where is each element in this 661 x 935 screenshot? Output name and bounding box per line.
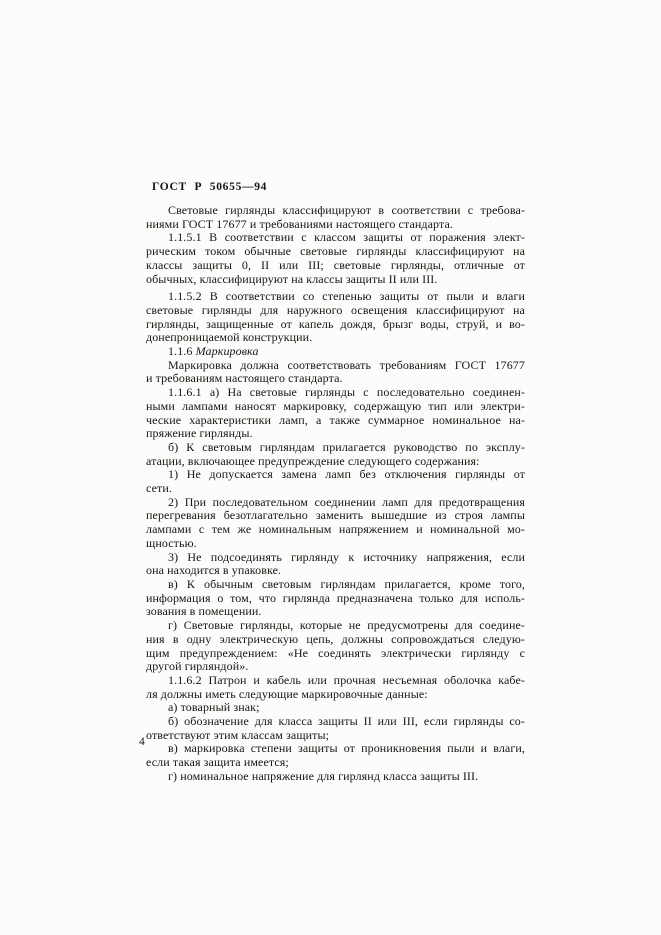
paragraph: в) К обычным световым гирляндам прилагае… bbox=[146, 578, 525, 619]
text-line: ответствуют этим классам защиты; bbox=[146, 729, 525, 743]
text-line: щим предупреждением: «Не соединять элект… bbox=[146, 647, 525, 661]
plain-text: 1.1.6 bbox=[168, 344, 196, 358]
text-line: 1.1.5.2 В соответствии со степенью защит… bbox=[146, 290, 525, 304]
text-line: щностью. bbox=[146, 537, 525, 551]
text-line: ными лампами наносят маркировку, содержа… bbox=[146, 400, 525, 414]
paragraph: б) обозначение для класса защиты II или … bbox=[146, 715, 525, 742]
paragraph: 2) При последовательном соединении ламп … bbox=[146, 496, 525, 551]
text-line: лампами с тем же номинальным напряжением… bbox=[146, 523, 525, 537]
text-line: ческие характеристики ламп, а также сумм… bbox=[146, 414, 525, 428]
paragraph: а) товарный знак; bbox=[146, 701, 525, 715]
text-line: ниями ГОСТ 17677 и требованиями настояще… bbox=[146, 218, 525, 232]
text-line: 3) Не подсоединять гирлянду к источнику … bbox=[146, 551, 525, 565]
paragraph: г) Световые гирлянды, которые не предусм… bbox=[146, 619, 525, 674]
text-line: если такая защита имеется; bbox=[146, 756, 525, 770]
text-line: 1.1.5.1 В соответствии с классом защиты … bbox=[146, 231, 525, 245]
text-line: г) номинальное напряжение для гирлянд кл… bbox=[146, 770, 525, 784]
paragraph: г) номинальное напряжение для гирлянд кл… bbox=[146, 770, 525, 784]
text-line: б) обозначение для класса защиты II или … bbox=[146, 715, 525, 729]
text-line: пряжение гирлянды. bbox=[146, 427, 525, 441]
paragraph: б) К световым гирляндам прилагается руко… bbox=[146, 441, 525, 468]
paragraph: 1.1.5.1 В соответствии с классом защиты … bbox=[146, 231, 525, 286]
page-number: 4 bbox=[139, 736, 145, 748]
text-line: обычных, классифицируют на классы защиты… bbox=[146, 273, 525, 287]
text-line: световые гирлянды для наружного освещени… bbox=[146, 304, 525, 318]
text-line: в) маркировка степени защиты от проникно… bbox=[146, 742, 525, 756]
text-line: Световые гирлянды классифицируют в соотв… bbox=[146, 204, 525, 218]
text-line: другой гирляндой». bbox=[146, 660, 525, 674]
text-line: в) К обычным световым гирляндам прилагае… bbox=[146, 578, 525, 592]
text-line: 1.1.6.2 Патрон и кабель или прочная несъ… bbox=[146, 674, 525, 688]
text-line: 2) При последовательном соединении ламп … bbox=[146, 496, 525, 510]
scanned-document-page: ГОСТ Р 50655—94 Световые гирлянды класси… bbox=[0, 0, 661, 935]
text-line: 1.1.6.1 а) На световые гирлянды с послед… bbox=[146, 386, 525, 400]
text-line: перегревания безотлагательно заменить вы… bbox=[146, 509, 525, 523]
text-line: сети. bbox=[146, 482, 525, 496]
text-line: атации, включающее предупреждение следую… bbox=[146, 455, 525, 469]
paragraph: 1.1.6.2 Патрон и кабель или прочная несъ… bbox=[146, 674, 525, 701]
text-line: донепроницаемой конструкции. bbox=[146, 331, 525, 345]
text-line: ля должны иметь следующие маркировочные … bbox=[146, 688, 525, 702]
paragraph: 1) Не допускается замена ламп без отключ… bbox=[146, 468, 525, 495]
text-line: г) Световые гирлянды, которые не предусм… bbox=[146, 619, 525, 633]
text-line: Маркировка должна соответствовать требов… bbox=[146, 359, 525, 373]
document-header: ГОСТ Р 50655—94 bbox=[152, 181, 267, 193]
italic-text: Маркировка bbox=[196, 344, 259, 358]
text-line: гирлянды, защищенные от капель дождя, бр… bbox=[146, 318, 525, 332]
paragraph: в) маркировка степени защиты от проникно… bbox=[146, 742, 525, 769]
paragraph: 1.1.6.1 а) На световые гирлянды с послед… bbox=[146, 386, 525, 441]
paragraph: Световые гирлянды классифицируют в соотв… bbox=[146, 204, 525, 231]
paragraph: 1.1.6 Маркировка bbox=[146, 345, 525, 359]
text-line: она находится в упаковке. bbox=[146, 564, 525, 578]
text-line: рическим током обычные световые гирлянды… bbox=[146, 245, 525, 259]
text-line: информация о том, что гирлянда предназна… bbox=[146, 592, 525, 606]
text-line: зования в помещении. bbox=[146, 605, 525, 619]
paragraphs: Световые гирлянды классифицируют в соотв… bbox=[146, 204, 525, 784]
text-line: ния в одну электрическую цепь, должны со… bbox=[146, 633, 525, 647]
text-line: классы защиты 0, II или III; световые ги… bbox=[146, 259, 525, 273]
paragraph: 3) Не подсоединять гирлянду к источнику … bbox=[146, 551, 525, 578]
paragraph: 1.1.5.2 В соответствии со степенью защит… bbox=[146, 290, 525, 345]
text-line: 1.1.6 Маркировка bbox=[146, 345, 525, 359]
paragraph: Маркировка должна соответствовать требов… bbox=[146, 359, 525, 386]
text-line: б) К световым гирляндам прилагается руко… bbox=[146, 441, 525, 455]
text-line: 1) Не допускается замена ламп без отключ… bbox=[146, 468, 525, 482]
text-line: и требованиям настоящего стандарта. bbox=[146, 372, 525, 386]
text-line: а) товарный знак; bbox=[146, 701, 525, 715]
